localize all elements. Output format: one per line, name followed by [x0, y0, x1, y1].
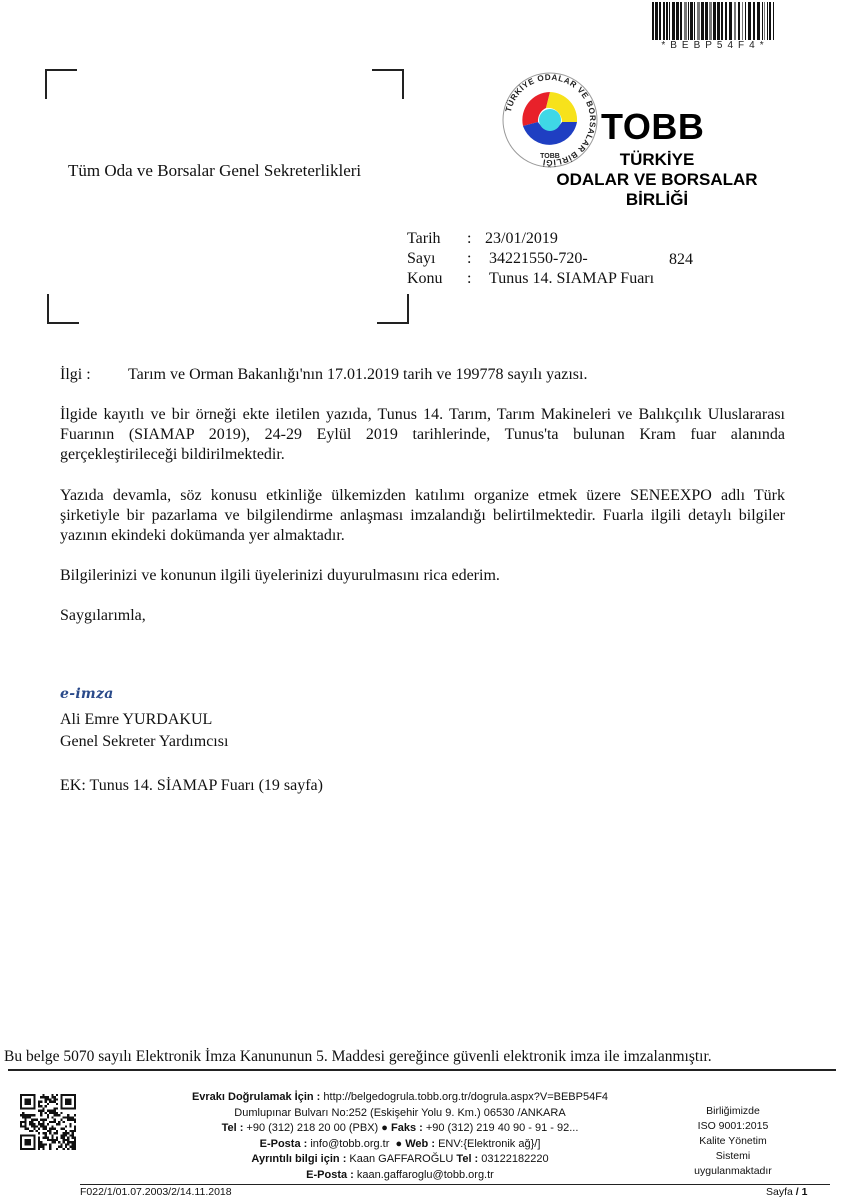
body-paragraph-2: Yazıda devamla, söz konusu etkinliğe ülk…: [60, 486, 785, 546]
fax-label: Faks :: [391, 1122, 423, 1134]
form-code: F022/1/01.07.2003/2/14.11.2018: [80, 1186, 232, 1198]
body-paragraph-3: Bilgilerinizi ve konunun ilgili üyelerin…: [60, 566, 785, 586]
web-label: Web :: [405, 1138, 435, 1150]
signer-block: Ali Emre YURDAKUL Genel Sekreter Yardımc…: [60, 709, 228, 753]
org-full-name: TÜRKİYE ODALAR VE BORSALAR BİRLİĞİ: [552, 150, 762, 210]
footer-contact: Evrakı Doğrulamak İçin : http://belgedog…: [160, 1090, 640, 1183]
signer-name: Ali Emre YURDAKUL: [60, 709, 228, 731]
iso-notice: Birliğimizde ISO 9001:2015 Kalite Yöneti…: [668, 1104, 798, 1179]
email-label: E-Posta :: [260, 1138, 308, 1150]
barcode-text: *BEBP54F4*: [652, 40, 778, 51]
iso-line: Kalite Yönetim: [668, 1134, 798, 1149]
fax-value: +90 (312) 219 40 90 - 91 - 92...: [426, 1122, 579, 1134]
meta-colon: :: [467, 269, 485, 289]
closing: Saygılarımla,: [60, 606, 785, 626]
crop-mark-top-right: [372, 69, 404, 99]
meta-date-label: Tarih: [407, 229, 467, 249]
meta-number-label: Sayı: [407, 249, 467, 269]
verify-url[interactable]: http://belgedogrula.tobb.org.tr/dogrula.…: [323, 1091, 608, 1103]
contact-email-label: E-Posta :: [306, 1169, 354, 1181]
org-name-line-3: BİRLİĞİ: [552, 190, 762, 210]
iso-line: ISO 9001:2015: [668, 1119, 798, 1134]
reference-text: Tarım ve Orman Bakanlığı'nın 17.01.2019 …: [128, 366, 587, 384]
iso-line: Birliğimizde: [668, 1104, 798, 1119]
document-meta: Tarih : 23/01/2019 Sayı : 34221550-720- …: [407, 229, 654, 289]
meta-subject-value: Tunus 14. SIAMAP Fuarı: [485, 269, 654, 289]
e-signature-mark: e-imza: [60, 686, 114, 702]
qr-code-icon: [20, 1094, 76, 1150]
recipient: Tüm Oda ve Borsalar Genel Sekreterlikler…: [68, 161, 361, 181]
org-short-name: TOBB: [601, 106, 704, 148]
crop-mark-top-left: [45, 69, 77, 99]
reference-line: İlgi : Tarım ve Orman Bakanlığı'nın 17.0…: [60, 366, 587, 384]
barcode-bars: [652, 2, 778, 40]
crop-mark-bottom-left: [47, 294, 79, 324]
footer-contact-email-line: E-Posta : kaan.gaffaroglu@tobb.org.tr: [160, 1168, 640, 1184]
meta-date-value: 23/01/2019: [485, 229, 558, 249]
footer-phone-line: Tel : +90 (312) 218 20 00 (PBX) ● Faks :…: [160, 1121, 640, 1137]
web-value: ENV:{Elektronik ağ}/]: [438, 1138, 540, 1150]
footer-verify-line: Evrakı Doğrulamak İçin : http://belgedog…: [160, 1090, 640, 1106]
meta-subject-label: Konu: [407, 269, 467, 289]
bottom-divider: [80, 1184, 830, 1185]
body-paragraph-1: İlgide kayıtlı ve bir örneği ekte iletil…: [60, 405, 785, 465]
contact-email-value[interactable]: kaan.gaffaroglu@tobb.org.tr: [357, 1169, 494, 1181]
org-name-line-2: ODALAR VE BORSALAR: [552, 170, 762, 190]
barcode: [652, 2, 778, 38]
meta-date-row: Tarih : 23/01/2019: [407, 229, 654, 249]
attachment-note: EK: Tunus 14. SİAMAP Fuarı (19 sayfa): [60, 777, 323, 795]
crop-mark-bottom-right: [377, 294, 409, 324]
footer-divider: [8, 1069, 836, 1071]
bullet-icon: ●: [396, 1138, 403, 1150]
contact-name: Kaan GAFFAROĞLU: [349, 1153, 453, 1165]
tel-label: Tel :: [222, 1122, 244, 1134]
bullet-icon: ●: [381, 1122, 388, 1134]
meta-subject-row: Konu : Tunus 14. SIAMAP Fuarı: [407, 269, 654, 289]
meta-number-value: 34221550-720-: [485, 249, 588, 269]
contact-label: Ayrıntılı bilgi için :: [251, 1153, 346, 1165]
meta-colon: :: [467, 249, 485, 269]
footer-contact-line: Ayrıntılı bilgi için : Kaan GAFFAROĞLU T…: [160, 1152, 640, 1168]
page-value: / 1: [796, 1186, 808, 1198]
tel-value: +90 (312) 218 20 00 (PBX): [246, 1122, 378, 1134]
contact-tel-label: Tel :: [456, 1153, 478, 1165]
meta-number-suffix: 824: [669, 251, 693, 269]
legal-notice: Bu belge 5070 sayılı Elektronik İmza Kan…: [4, 1048, 712, 1066]
meta-colon: :: [467, 229, 485, 249]
verify-label: Evrakı Doğrulamak İçin :: [192, 1091, 320, 1103]
iso-line: Sistemi: [668, 1149, 798, 1164]
page-label: Sayfa: [766, 1186, 793, 1198]
footer-address: Dumlupınar Bulvarı No:252 (Eskişehir Yol…: [160, 1106, 640, 1122]
signer-title: Genel Sekreter Yardımcısı: [60, 731, 228, 753]
contact-tel-value: 03122182220: [481, 1153, 548, 1165]
org-name-line-1: TÜRKİYE: [552, 150, 762, 170]
meta-number-row: Sayı : 34221550-720-: [407, 249, 654, 269]
email-value[interactable]: info@tobb.org.tr: [310, 1138, 389, 1150]
footer-email-line: E-Posta : info@tobb.org.tr ● Web : ENV:{…: [160, 1137, 640, 1153]
iso-line: uygulanmaktadır: [668, 1164, 798, 1179]
page-indicator: Sayfa / 1: [766, 1186, 807, 1198]
reference-label: İlgi :: [60, 366, 128, 384]
